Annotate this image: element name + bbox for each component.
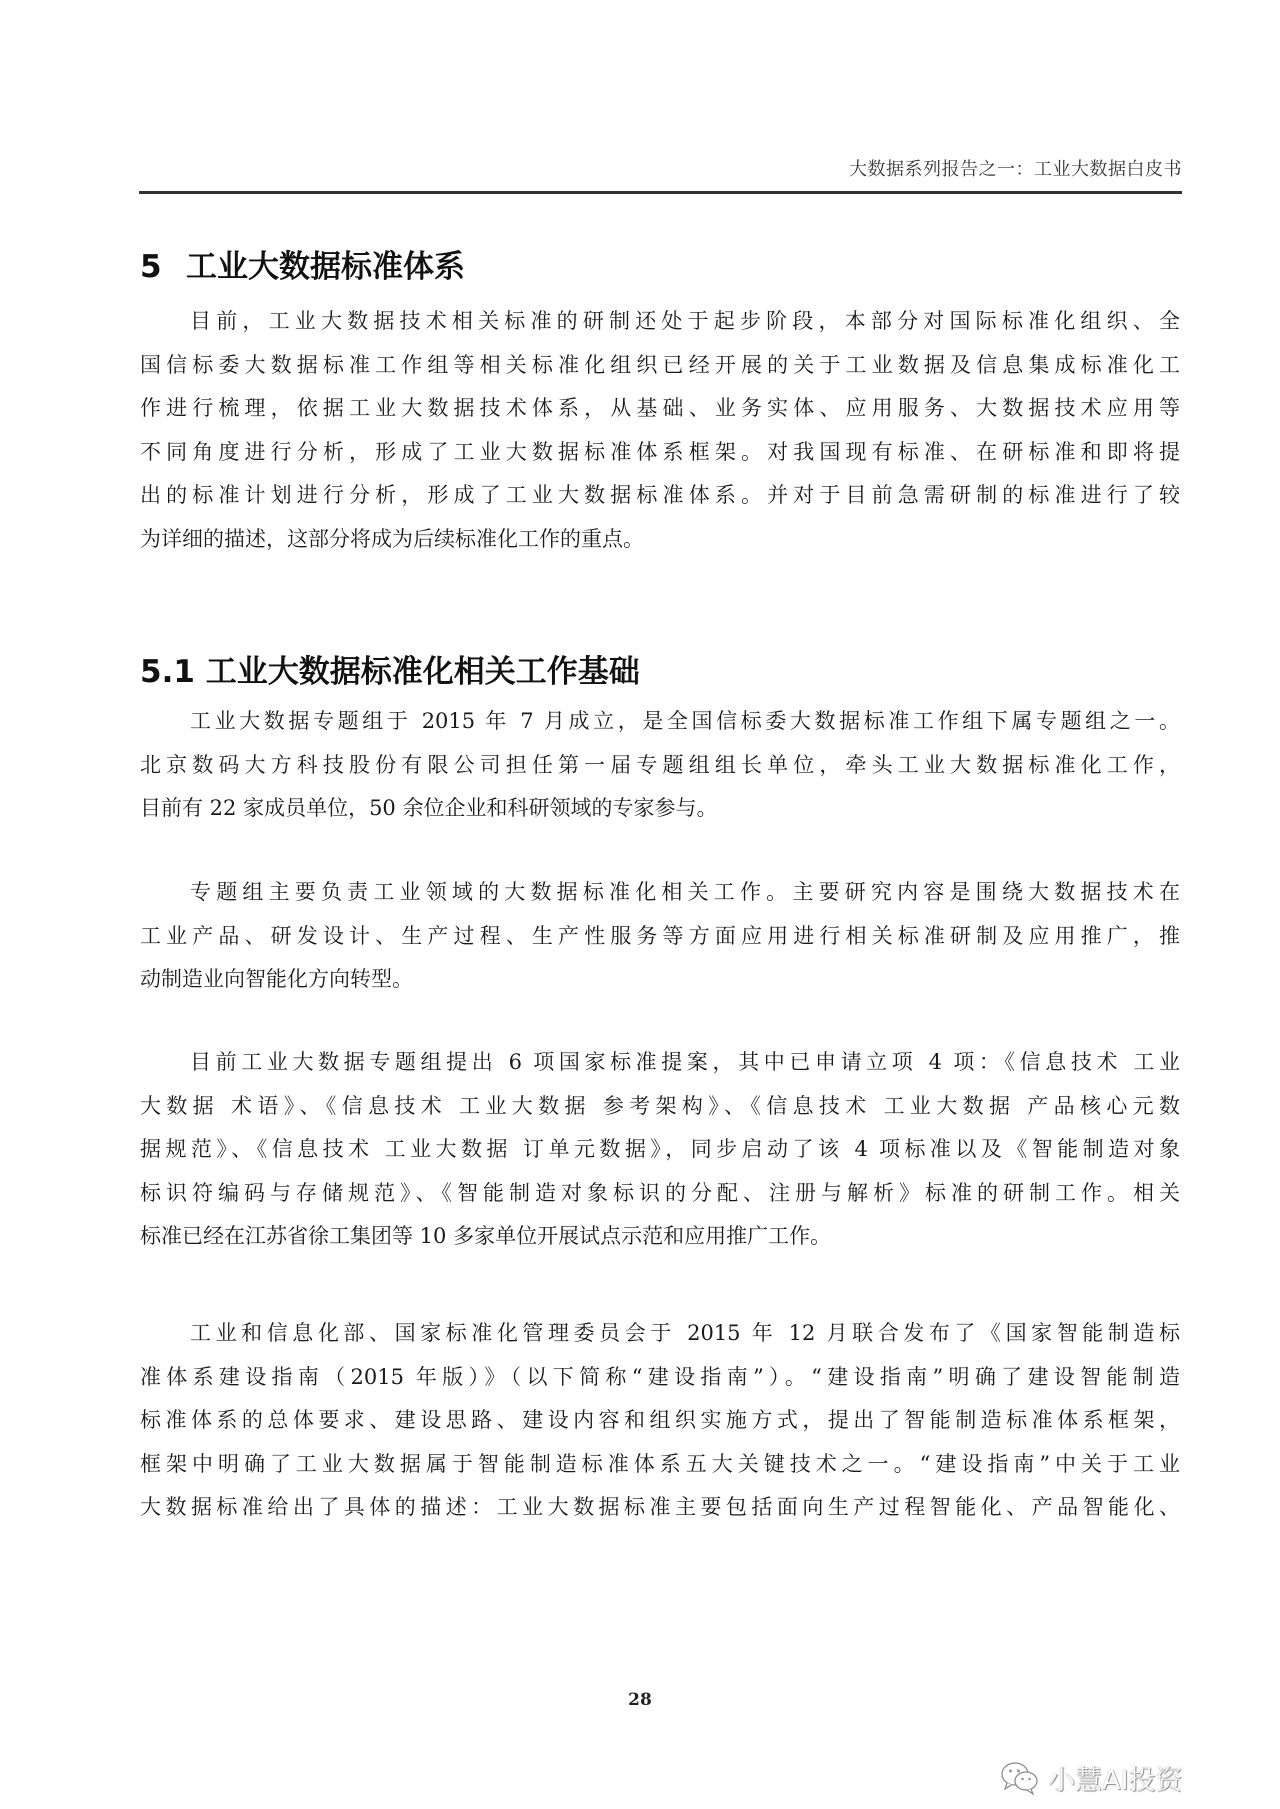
text-line: 作进行梳理，依据工业大数据技术体系，从基础、业务实体、应用服务、大数据技术应用等 [140, 387, 1180, 431]
text-line: 大数据 术语》、《信息技术 工业大数据 参考架构》、《信息技术 工业大数据 产品… [140, 1085, 1180, 1129]
running-header-title: 大数据系列报告之一：工业大数据白皮书 [849, 159, 1182, 180]
text-line: 工业和信息化部、国家标准化管理委员会于 2015 年 12 月联合发布了《国家智… [140, 1312, 1180, 1356]
text-line: 北京数码大方科技股份有限公司担任第一届专题组组长单位，牵头工业大数据标准化工作， [140, 744, 1180, 788]
subsection-title: 5.1 工业大数据标准化相关工作基础 [140, 650, 640, 694]
text-line: 据规范》、《信息技术 工业大数据 订单元数据》，同步启动了该 4 项标准以及《智… [140, 1128, 1180, 1172]
text-line: 框架中明确了工业大数据属于智能制造标准体系五大关键技术之一。“建设指南”中关于工… [140, 1443, 1180, 1487]
text-line: 工业大数据专题组于 2015 年 7 月成立，是全国信标委大数据标准工作组下属专… [140, 700, 1180, 744]
text-line: 目前有 22 家成员单位，50 余位企业和科研领域的专家参与。 [140, 787, 1180, 831]
text-line: 准体系建设指南（2015 年版）》（以下简称“建设指南”）。“建设指南”明确了建… [140, 1356, 1180, 1400]
running-header: 大数据系列报告之一：工业大数据白皮书 [139, 157, 1182, 194]
text-line: 工业产品、研发设计、生产过程、生产性服务等方面应用进行相关标准研制及应用推广，推 [140, 915, 1180, 959]
section-title: 5工业大数据标准体系 [140, 245, 465, 289]
section-title-text: 工业大数据标准体系 [186, 249, 465, 285]
wechat-icon [1000, 1761, 1040, 1795]
text-line: 专题组主要负责工业领域的大数据标准化相关工作。主要研究内容是围绕大数据技术在 [140, 871, 1180, 915]
body-paragraph-2: 专题组主要负责工业领域的大数据标准化相关工作。主要研究内容是围绕大数据技术在 工… [140, 871, 1180, 1002]
text-line: 大数据标准给出了具体的描述：工业大数据标准主要包括面向生产过程智能化、产品智能化… [140, 1486, 1180, 1530]
page-number: 28 [0, 1690, 1280, 1710]
section-intro-paragraph: 目前，工业大数据技术相关标准的研制还处于起步阶段，本部分对国际标准化组织、全 国… [140, 300, 1180, 561]
text-line: 目前，工业大数据技术相关标准的研制还处于起步阶段，本部分对国际标准化组织、全 [140, 300, 1180, 344]
text-line: 为详细的描述，这部分将成为后续标准化工作的重点。 [140, 518, 1180, 562]
section-number: 5 [140, 245, 186, 289]
text-line: 不同角度进行分析，形成了工业大数据标准体系框架。对我国现有标准、在研标准和即将提 [140, 431, 1180, 475]
text-line: 动制造业向智能化方向转型。 [140, 958, 1180, 1002]
text-line: 标识符编码与存储规范》、《智能制造对象标识的分配、注册与解析》标准的研制工作。相… [140, 1172, 1180, 1216]
text-line: 标准体系的总体要求、建设思路、建设内容和组织实施方式，提出了智能制造标准体系框架… [140, 1399, 1180, 1443]
text-line: 标准已经在江苏省徐工集团等 10 多家单位开展试点示范和应用推广工作。 [140, 1215, 1180, 1259]
text-line: 出的标准计划进行分析，形成了工业大数据标准体系。并对于目前急需研制的标准进行了较 [140, 474, 1180, 518]
body-paragraph-1: 工业大数据专题组于 2015 年 7 月成立，是全国信标委大数据标准工作组下属专… [140, 700, 1180, 831]
text-line: 目前工业大数据专题组提出 6 项国家标准提案，其中已申请立项 4 项：《信息技术… [140, 1041, 1180, 1085]
body-paragraph-4: 工业和信息化部、国家标准化管理委员会于 2015 年 12 月联合发布了《国家智… [140, 1312, 1180, 1530]
text-line: 国信标委大数据标准工作组等相关标准化组织已经开展的关于工业数据及信息集成标准化工 [140, 344, 1180, 388]
watermark-text: 小慧AI投资 [1048, 1758, 1182, 1797]
body-paragraph-3: 目前工业大数据专题组提出 6 项国家标准提案，其中已申请立项 4 项：《信息技术… [140, 1041, 1180, 1259]
watermark: 小慧AI投资 [1000, 1758, 1182, 1797]
